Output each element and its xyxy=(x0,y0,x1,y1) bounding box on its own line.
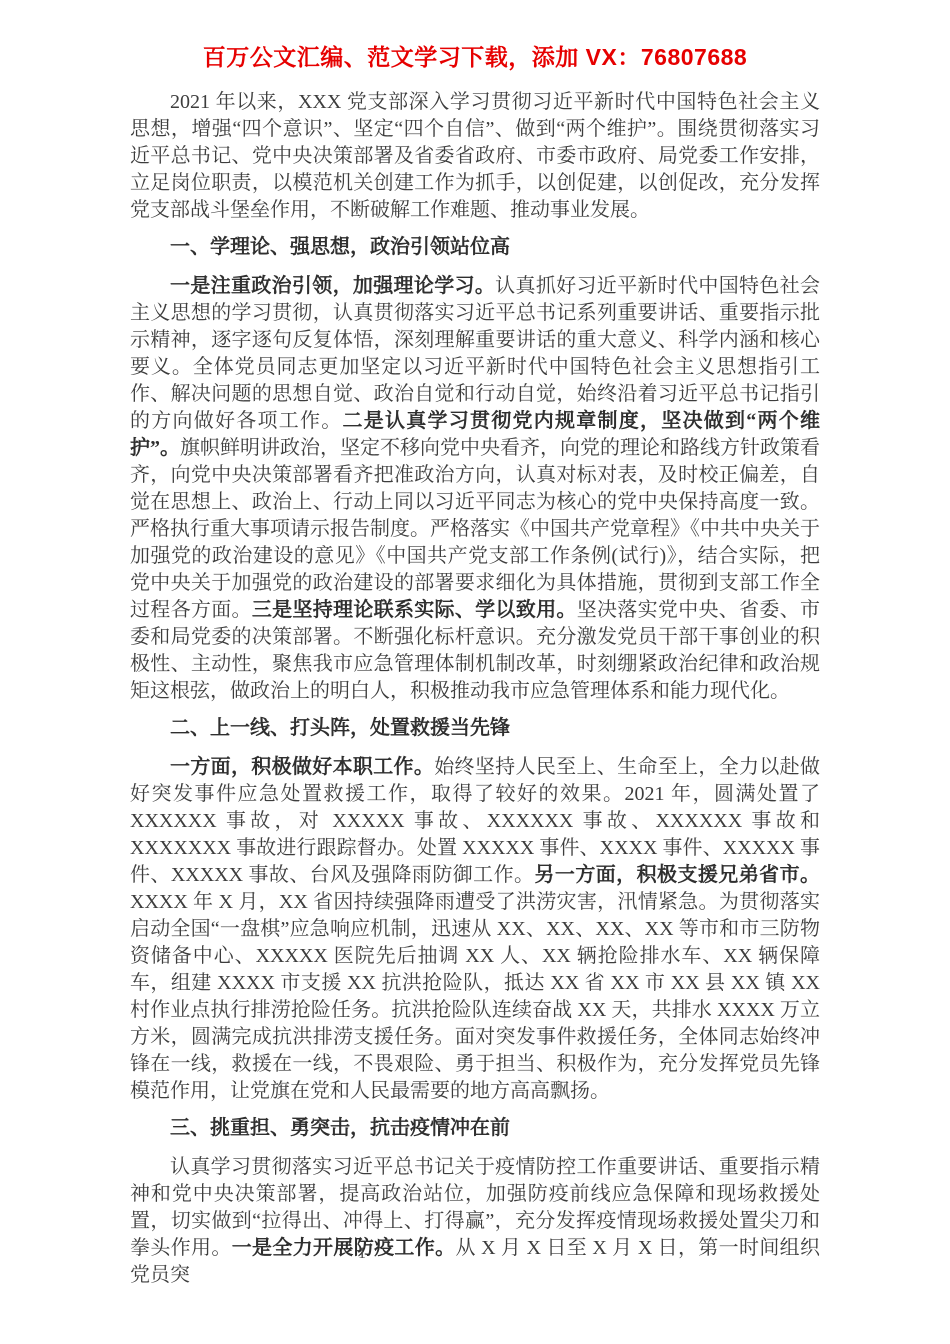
bold-run-one-aspect: 一方面，积极做好本职工作。 xyxy=(170,756,434,778)
text-run: 认真抓好习近平新时代中国特色社会主义思想的学习贯彻，认真贯彻落实习近平总书记系列… xyxy=(130,275,820,432)
text-run: XXXX 年 X 月，XX 省因持续强降雨遭受了洪涝灾害，汛情紧急。为贯彻落实启… xyxy=(130,891,820,1102)
bold-run-first-point: 一是注重政治引领，加强理论学习。 xyxy=(170,275,495,297)
document-page: 百万公文汇编、范文学习下载，添加 VX：76807688 2021 年以来，XX… xyxy=(0,0,950,1344)
bold-run-epidemic-point: 一是全力开展防疫工作。 xyxy=(232,1237,456,1259)
paragraph-intro: 2021 年以来，XXX 党支部深入学习贯彻习近平新时代中国特色社会主义思想，增… xyxy=(130,89,820,224)
page-number: 1 xyxy=(352,1243,372,1265)
paragraph-section3: 认真学习贯彻落实习近平总书记关于疫情防控工作重要讲话、重要指示精神和党中央决策部… xyxy=(130,1154,820,1289)
section-heading-1: 一、学理论、强思想，政治引领站位高 xyxy=(130,234,820,261)
section-heading-3: 三、挑重担、勇突击，抗击疫情冲在前 xyxy=(130,1115,820,1142)
section-heading-2: 二、上一线、打头阵，处置救援当先锋 xyxy=(130,715,820,742)
bold-run-other-aspect: 另一方面，积极支援兄弟省市。 xyxy=(534,864,820,886)
text-run: 2021 年以来，XXX 党支部深入学习贯彻习近平新时代中国特色社会主义思想，增… xyxy=(130,91,820,221)
text-run: 旗帜鲜明讲政治，坚定不移向党中央看齐，向党的理论和路线方针政策看齐，向党中央决策… xyxy=(130,437,820,621)
header-notice: 百万公文汇编、范文学习下载，添加 VX：76807688 xyxy=(0,44,950,71)
document-body: 2021 年以来，XXX 党支部深入学习贯彻习近平新时代中国特色社会主义思想，增… xyxy=(130,89,820,1289)
paragraph-section1: 一是注重政治引领，加强理论学习。认真抓好习近平新时代中国特色社会主义思想的学习贯… xyxy=(130,273,820,705)
paragraph-section2: 一方面，积极做好本职工作。始终坚持人民至上、生命至上，全力以赴做好突发事件应急处… xyxy=(130,754,820,1105)
bold-run-third-point: 三是坚持理论联系实际、学以致用。 xyxy=(252,599,577,621)
